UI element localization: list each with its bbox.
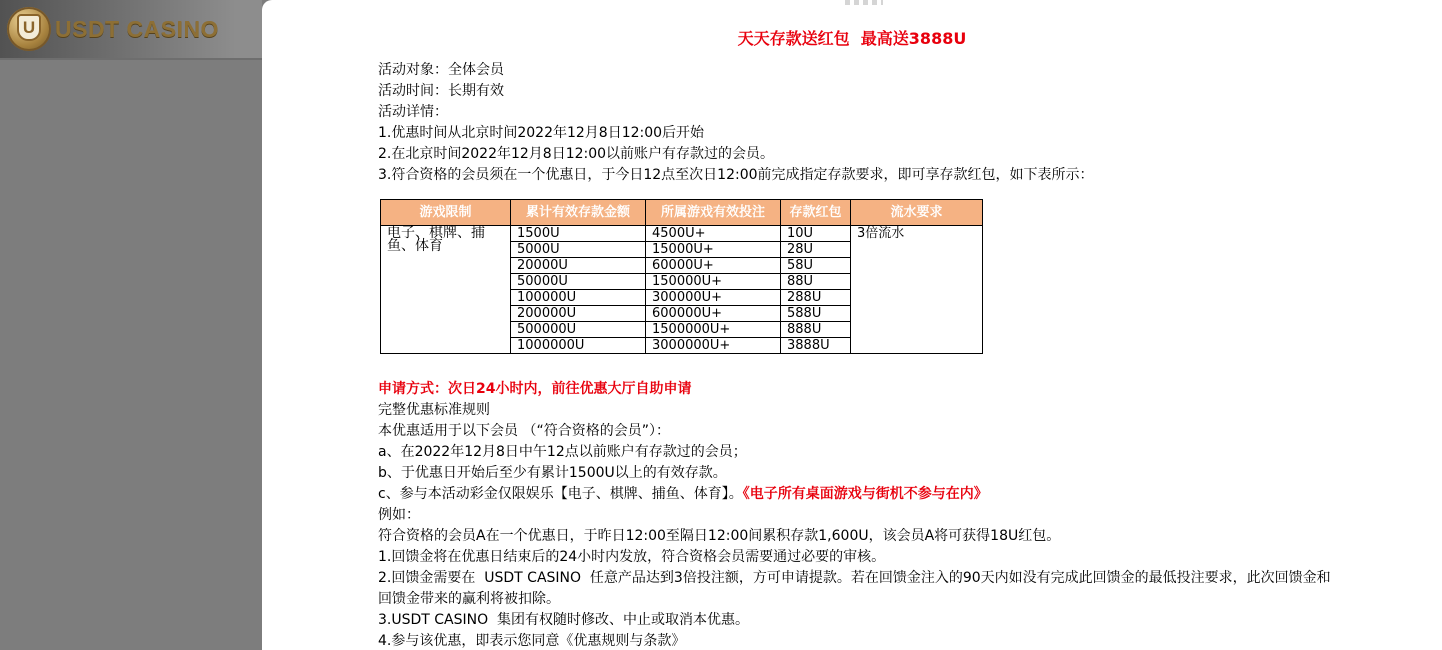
deposit-cell: 100000U [511,290,646,306]
plain-text: 1.回馈金将在优惠日结束后的24小时内发放，符合资格会员需要通过必要的审核。 [378,549,885,565]
sidebar: U USDT CASINO [0,0,262,650]
bonus-cell: 28U [781,242,851,258]
text-line: 3.USDT CASINO 集团有权随时修改、中止或取消本优惠。 [378,610,1340,631]
plain-text: 活动对象：全体会员 [378,62,504,78]
plain-text: 3.USDT CASINO 集团有权随时修改、中止或取消本优惠。 [378,612,749,628]
plain-text: 1.优惠时间从北京时间2022年12月8日12:00后开始 [378,125,704,141]
text-line: 2.在北京时间2022年12月8日12:00以前账户有存款过的会员。 [378,144,1340,165]
promo-body: 活动对象：全体会员活动时间：长期有效活动详情：1.优惠时间从北京时间2022年1… [378,60,1340,650]
bet-cell: 3000000U+ [646,338,781,354]
text-line: 3.符合资格的会员须在一个优惠日，于今日12点至次日12:00前完成指定存款要求… [378,165,1340,186]
turnover-cell: 3倍流水 [851,226,983,354]
bonus-cell: 88U [781,274,851,290]
bet-cell: 1500000U+ [646,322,781,338]
promo-content-panel: 天天存款送红包 最高送3888U 活动对象：全体会员活动时间：长期有效活动详情：… [262,0,1442,650]
text-line: a、在2022年12月8日中午12点以前账户有存款过的会员； [378,442,1340,463]
deposit-cell: 20000U [511,258,646,274]
text-line: 2.回馈金需要在 USDT CASINO 任意产品达到3倍投注额，方可申请提款。… [378,568,1340,610]
text-line: b、于优惠日开始后至少有累计1500U以上的有效存款。 [378,463,1340,484]
post-table-text: 申请方式：次日24小时内，前往优惠大厅自助申请完整优惠标准规则本优惠适用于以下会… [378,379,1340,650]
col-header-game-limit: 游戏限制 [381,200,511,226]
bonus-cell: 288U [781,290,851,306]
bet-cell: 4500U+ [646,226,781,242]
col-header-turnover: 流水要求 [851,200,983,226]
casino-coin-logo-icon[interactable]: U [7,7,51,51]
bonus-cell: 588U [781,306,851,322]
deposit-cell: 50000U [511,274,646,290]
coin-shield-letter: U [17,14,41,41]
table-header-row: 游戏限制 累计有效存款金额 所属游戏有效投注 存款红包 流水要求 [381,200,983,226]
text-line: 1.回馈金将在优惠日结束后的24小时内发放，符合资格会员需要通过必要的审核。 [378,547,1340,568]
plain-text: 例如： [378,507,420,523]
game-scope-cell: 电子、棋牌、捕鱼、体育 [381,226,511,354]
deposit-cell: 1500U [511,226,646,242]
deposit-table-body: 电子、棋牌、捕鱼、体育1500U4500U+10U3倍流水5000U15000U… [381,226,983,354]
text-line: 活动时间：长期有效 [378,81,1340,102]
text-line: 4.参与该优惠，即表示您同意《优惠规则与条款》 [378,631,1340,650]
text-line: 符合资格的会员A在一个优惠日，于昨日12:00至隔日12:00间累积存款1,60… [378,526,1340,547]
plain-text: 本优惠适用于以下会员 （“符合资格的会员”）： [378,423,670,439]
plain-text: 活动时间：长期有效 [378,83,504,99]
deposit-bonus-table: 游戏限制 累计有效存款金额 所属游戏有效投注 存款红包 流水要求 电子、棋牌、捕… [380,199,983,354]
deposit-cell: 200000U [511,306,646,322]
clipped-text-remnant [845,0,883,5]
col-header-deposit: 累计有效存款金额 [511,200,646,226]
sidebar-header: U USDT CASINO [0,0,262,60]
text-line: 完整优惠标准规则 [378,400,1340,421]
text-line: 1.优惠时间从北京时间2022年12月8日12:00后开始 [378,123,1340,144]
col-header-bet: 所属游戏有效投注 [646,200,781,226]
highlighted-text: 申请方式：次日24小时内，前往优惠大厅自助申请 [378,381,691,397]
deposit-cell: 1000000U [511,338,646,354]
col-header-bonus: 存款红包 [781,200,851,226]
plain-text: 2.回馈金需要在 USDT CASINO 任意产品达到3倍投注额，方可申请提款。… [378,570,1331,607]
text-line: 本优惠适用于以下会员 （“符合资格的会员”）： [378,421,1340,442]
highlighted-text: 《电子所有桌面游戏与街机不参与在内》 [743,486,988,502]
bet-cell: 600000U+ [646,306,781,322]
plain-text: 符合资格的会员A在一个优惠日，于昨日12:00至隔日12:00间累积存款1,60… [378,528,1060,544]
bonus-cell: 10U [781,226,851,242]
plain-text: b、于优惠日开始后至少有累计1500U以上的有效存款。 [378,465,727,481]
plain-text: c、参与本活动彩金仅限娱乐【电子、棋牌、捕鱼、体育】。 [378,486,743,502]
deposit-cell: 500000U [511,322,646,338]
bet-cell: 15000U+ [646,242,781,258]
plain-text: a、在2022年12月8日中午12点以前账户有存款过的会员； [378,444,747,460]
text-line: 活动详情： [378,102,1340,123]
plain-text: 2.在北京时间2022年12月8日12:00以前账户有存款过的会员。 [378,146,774,162]
text-line: c、参与本活动彩金仅限娱乐【电子、棋牌、捕鱼、体育】。《电子所有桌面游戏与街机不… [378,484,1340,505]
deposit-cell: 5000U [511,242,646,258]
promo-title: 天天存款送红包 最高送3888U [262,26,1442,49]
bet-cell: 300000U+ [646,290,781,306]
plain-text: 活动详情： [378,104,448,120]
bonus-cell: 888U [781,322,851,338]
plain-text: 4.参与该优惠，即表示您同意《优惠规则与条款》 [378,633,685,649]
bet-cell: 60000U+ [646,258,781,274]
text-line: 活动对象：全体会员 [378,60,1340,81]
plain-text: 完整优惠标准规则 [378,402,490,418]
text-line: 例如： [378,505,1340,526]
bonus-cell: 3888U [781,338,851,354]
table-row: 电子、棋牌、捕鱼、体育1500U4500U+10U3倍流水 [381,226,983,242]
text-line: 申请方式：次日24小时内，前往优惠大厅自助申请 [378,379,1340,400]
bet-cell: 150000U+ [646,274,781,290]
brand-logo-text[interactable]: USDT CASINO [55,16,219,43]
plain-text: 3.符合资格的会员须在一个优惠日，于今日12点至次日12:00前完成指定存款要求… [378,167,1094,183]
bonus-cell: 58U [781,258,851,274]
pre-table-text: 活动对象：全体会员活动时间：长期有效活动详情：1.优惠时间从北京时间2022年1… [378,60,1340,186]
